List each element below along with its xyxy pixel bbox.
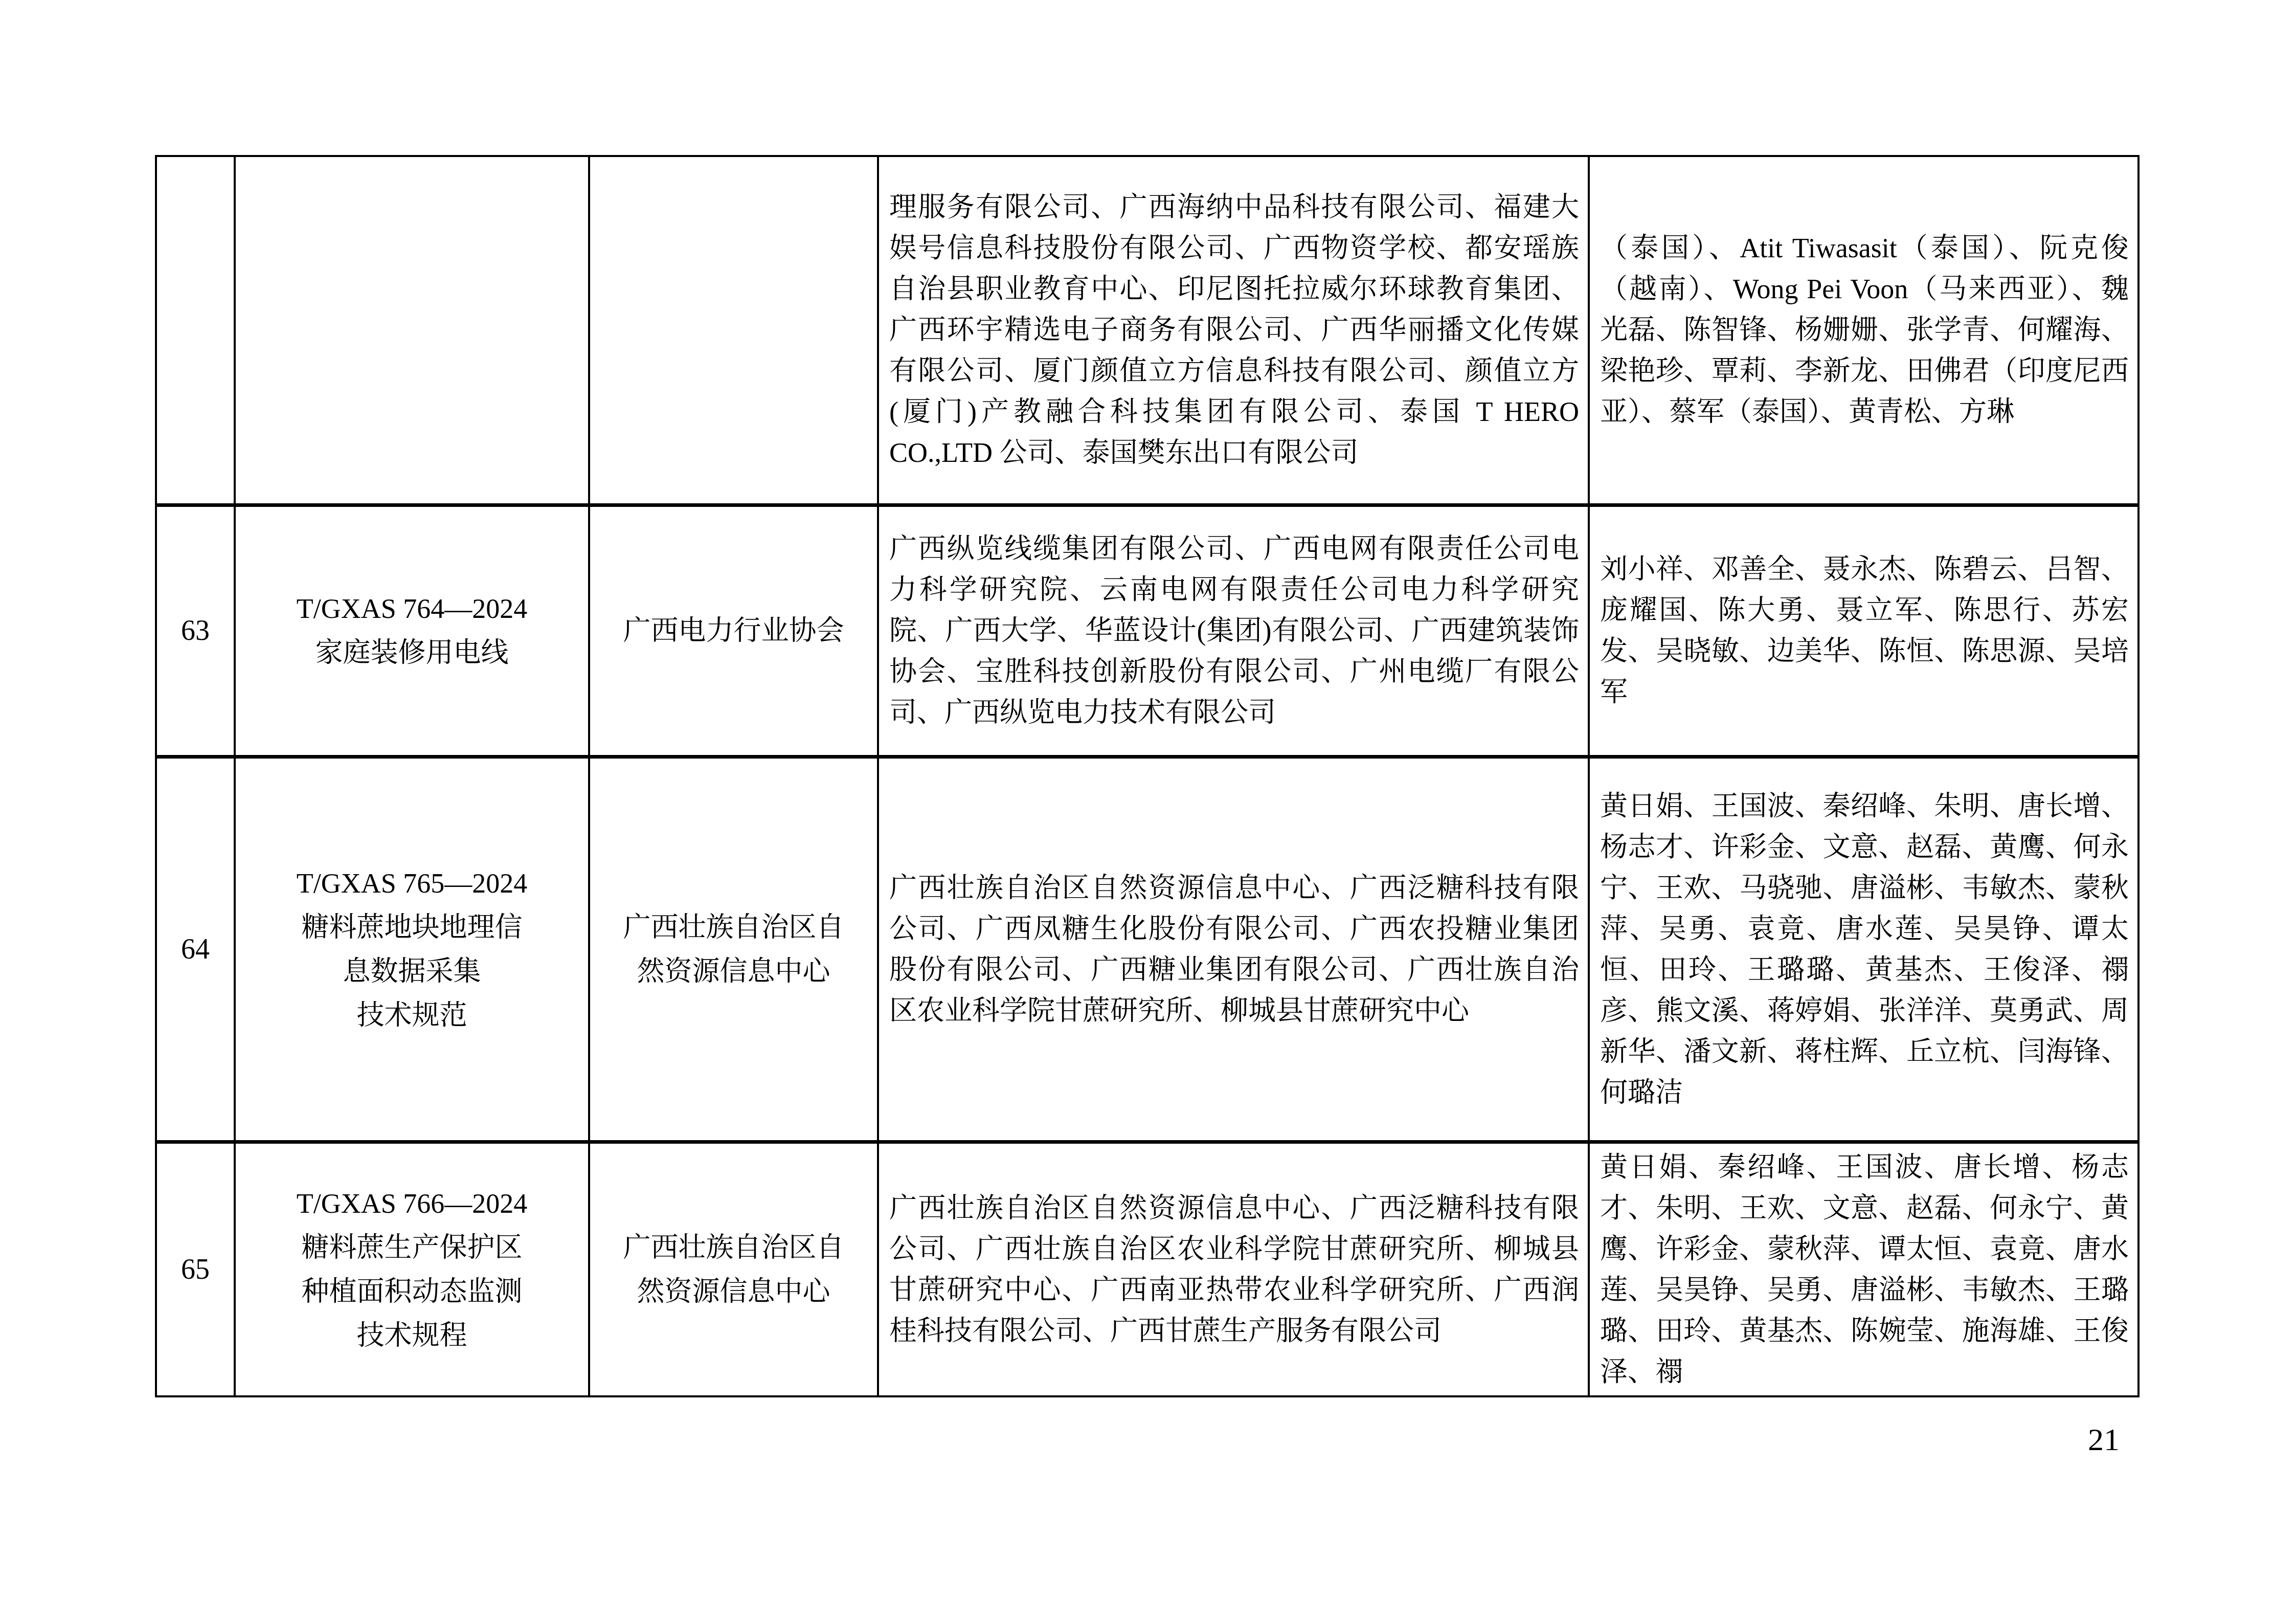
- drafters-cell: （泰国）、Atit Tiwasasit（泰国）、阮克俊（越南）、Wong Pei…: [1589, 156, 2139, 505]
- seq-cell: [156, 156, 235, 505]
- standard-cell: [235, 156, 589, 505]
- table-row: 65 T/GXAS 766—2024 糖料蔗生产保护区 种植面积动态监测 技术规…: [156, 1142, 2139, 1396]
- page-number: 21: [2088, 1423, 2120, 1457]
- seq-cell: 63: [156, 505, 235, 757]
- table-row: 64 T/GXAS 765—2024 糖料蔗地块地理信 息数据采集 技术规范 广…: [156, 757, 2139, 1142]
- companies-cell: 广西纵览线缆集团有限公司、广西电网有限责任公司电力科学研究院、云南电网有限责任公…: [878, 505, 1589, 757]
- drafters-cell: 黄日娟、秦绍峰、王国波、唐长增、杨志才、朱明、王欢、文意、赵磊、何永宁、黄鹰、许…: [1589, 1142, 2139, 1396]
- org-cell: [589, 156, 878, 505]
- org-cell: 广西壮族自治区自 然资源信息中心: [589, 757, 878, 1142]
- companies-cell: 广西壮族自治区自然资源信息中心、广西泛糖科技有限公司、广西壮族自治区农业科学院甘…: [878, 1142, 1589, 1396]
- seq-cell: 65: [156, 1142, 235, 1396]
- companies-cell: 广西壮族自治区自然资源信息中心、广西泛糖科技有限公司、广西凤糖生化股份有限公司、…: [878, 757, 1589, 1142]
- standards-table: 理服务有限公司、广西海纳中品科技有限公司、福建大娱号信息科技股份有限公司、广西物…: [155, 155, 2140, 1397]
- table-row: 理服务有限公司、广西海纳中品科技有限公司、福建大娱号信息科技股份有限公司、广西物…: [156, 156, 2139, 505]
- org-cell: 广西电力行业协会: [589, 505, 878, 757]
- companies-cell: 理服务有限公司、广西海纳中品科技有限公司、福建大娱号信息科技股份有限公司、广西物…: [878, 156, 1589, 505]
- standard-cell: T/GXAS 764—2024 家庭装修用电线: [235, 505, 589, 757]
- standard-cell: T/GXAS 765—2024 糖料蔗地块地理信 息数据采集 技术规范: [235, 757, 589, 1142]
- table-row: 63 T/GXAS 764—2024 家庭装修用电线 广西电力行业协会 广西纵览…: [156, 505, 2139, 757]
- seq-cell: 64: [156, 757, 235, 1142]
- drafters-cell: 刘小祥、邓善全、聂永杰、陈碧云、吕智、庞耀国、陈大勇、聂立军、陈思行、苏宏发、吴…: [1589, 505, 2139, 757]
- org-cell: 广西壮族自治区自 然资源信息中心: [589, 1142, 878, 1396]
- drafters-cell: 黄日娟、王国波、秦绍峰、朱明、唐长增、杨志才、许彩金、文意、赵磊、黄鹰、何永宁、…: [1589, 757, 2139, 1142]
- standard-cell: T/GXAS 766—2024 糖料蔗生产保护区 种植面积动态监测 技术规程: [235, 1142, 589, 1396]
